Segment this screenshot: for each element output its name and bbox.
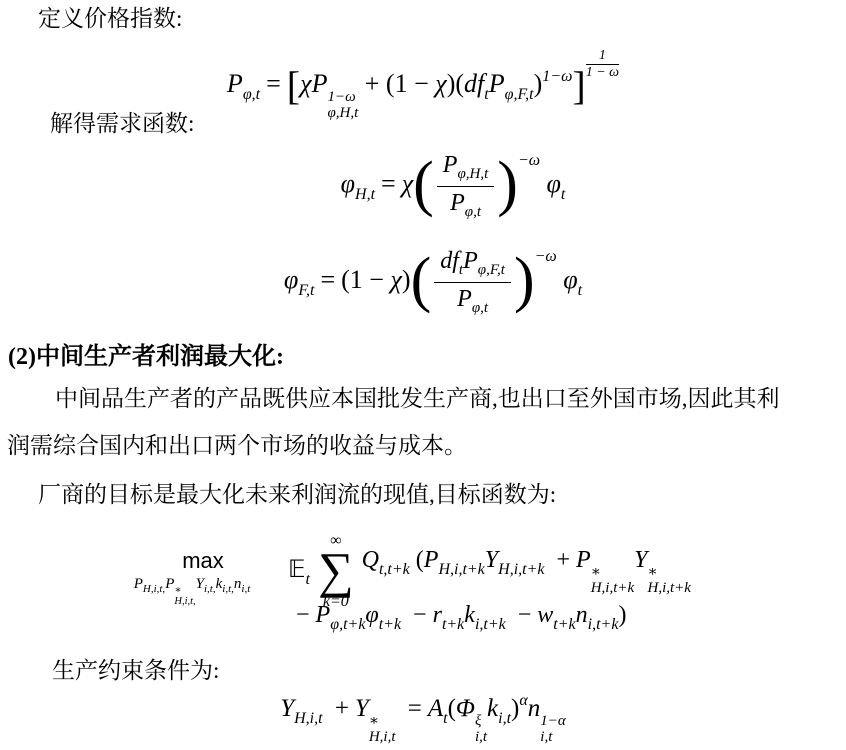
math-token: P — [450, 190, 465, 216]
open-bracket: [ — [287, 63, 300, 108]
math-token: H,i,t+k — [498, 561, 544, 578]
line-solve-demand: 解得需求函数: — [50, 109, 194, 139]
math-token: Y — [355, 695, 369, 722]
formula-profit-maximization: max PH,i,t,P∗H,i,t,Yi,t,ki,t,ni,t 𝔼t ∞ ∑… — [0, 524, 846, 654]
math-token: 1−ω — [327, 90, 358, 106]
math-token: H,i,t — [369, 730, 396, 746]
formula-price-index-body: Pφ,t=[χP1−ωφ,H,t + (1 − χ)(dftPφ,F,t)1−ω… — [227, 69, 619, 98]
paragraph-line-1: 中间品生产者的产品既供应本国批发生产商,也出口至外国市场,因此其利 — [55, 384, 780, 414]
math-token: P — [227, 69, 243, 98]
math-token: − — [518, 602, 532, 628]
math-token: i,t — [498, 710, 511, 727]
fraction: dftPφ,F,tPφ,t — [434, 248, 511, 317]
math-token: ∗H,i,t+k — [591, 565, 634, 597]
math-token: ∗ — [369, 714, 396, 730]
math-token: H,i,t+k — [438, 561, 484, 578]
max-constraints: PH,i,t,P∗H,i,t,Yi,t,ki,t,ni,t — [96, 574, 288, 607]
open-paren: ( — [448, 695, 456, 722]
math-token: 1−α — [540, 714, 566, 730]
formula-demand-foreign: φF,t=(1 − χ)(dftPφ,F,tPφ,t)−ω φt — [0, 248, 846, 338]
math-token: H,i,t — [294, 710, 322, 727]
formula-demand-home-body: φH,t=χ(Pφ,H,tPφ,t)−ω φt — [341, 169, 566, 198]
fraction-numerator: dftPφ,F,t — [434, 248, 511, 283]
math-token: i,t — [241, 583, 250, 595]
math-token: F,t — [298, 282, 314, 299]
math-token: φ,t — [465, 204, 481, 220]
math-token: φ,t — [472, 300, 488, 316]
math-token: t — [561, 186, 565, 203]
formula-demand-home: φH,t=χ(Pφ,H,tPφ,t)−ω φt — [0, 152, 846, 242]
math-token: P — [489, 69, 505, 98]
math-token: φ — [563, 265, 577, 294]
math-token: 1 − ω — [586, 65, 619, 81]
close-paren: ) — [514, 246, 535, 314]
math-token: ∗H,i,t, — [174, 586, 195, 607]
exponent: α — [519, 692, 527, 709]
math-token: ∗ — [648, 565, 691, 581]
math-token: − — [413, 602, 427, 628]
exponent: −ω — [535, 248, 557, 265]
math-token: P — [165, 576, 174, 592]
close-bracket: ] — [572, 63, 585, 108]
math-token: P — [463, 248, 478, 274]
math-token: φ,t+k — [330, 616, 365, 633]
math-token: φ,F,t — [505, 86, 534, 103]
max-operator: max — [96, 548, 288, 574]
open-paren: ( — [413, 150, 434, 218]
document-page: 定义价格指数: Pφ,t=[χP1−ωφ,H,t + (1 − χ)(dftPφ… — [0, 0, 846, 750]
math-token: χ — [300, 69, 311, 98]
math-token: i,t — [540, 730, 566, 746]
math-token: φ — [365, 602, 378, 628]
math-token: n — [528, 695, 541, 722]
sigma-symbol: ∑ — [318, 549, 354, 592]
exponent-fraction: 11 − ω — [586, 48, 619, 81]
math-token: i,t+k — [475, 616, 506, 633]
math-token: H,i,t+k — [648, 581, 691, 597]
math-token: χ — [390, 265, 401, 294]
math-token: P — [576, 547, 591, 573]
section-heading: (2)中间生产者利润最大化: — [8, 341, 284, 373]
math-token: 1−ω — [542, 68, 572, 85]
expectation-operator: 𝔼 — [288, 555, 306, 583]
math-token: P — [316, 602, 331, 628]
math-token: φ — [284, 265, 298, 294]
math-token: ξ — [475, 714, 487, 730]
math-token: Y — [280, 695, 294, 722]
math-token: P — [312, 69, 328, 98]
math-token: df — [464, 69, 484, 98]
math-token: ∗H,i,t — [369, 714, 396, 746]
math-token: ) — [534, 69, 543, 98]
math-token: t — [306, 571, 310, 588]
math-token: 1 — [586, 48, 619, 65]
math-token: r — [433, 602, 442, 628]
math-token: − — [296, 602, 310, 628]
paragraph-line-2: 润需综合国内和出口两个市场的收益与成本。 — [7, 431, 467, 461]
math-token: H,i,t, — [174, 597, 195, 608]
math-token: n — [576, 602, 588, 628]
math-token: φ,t — [243, 86, 260, 103]
objective-line-2: − Pφ,t+kφt+k −rt+kki,t+k −wt+kni,t+k) — [296, 602, 626, 634]
math-token: = — [266, 69, 281, 98]
math-token: i,t, — [204, 583, 216, 595]
math-token: P — [443, 152, 458, 178]
math-token: + (1 − — [365, 69, 429, 98]
math-token: k — [487, 695, 498, 722]
math-token: φ,F,t — [478, 262, 505, 278]
math-token: + — [556, 547, 570, 573]
fraction: Pφ,H,tPφ,t — [437, 152, 494, 221]
open-paren: ( — [411, 246, 432, 314]
math-token: + — [335, 695, 349, 722]
formula-production-constraint-body: YH,i,t +Y∗H,i,t =At(Φξi,tki,t)αn1−αi,t — [280, 695, 566, 722]
math-token: i,t+k — [588, 616, 619, 633]
math-token: 1−ωφ,H,t — [327, 90, 358, 122]
fraction-numerator: Pφ,H,t — [437, 152, 494, 187]
formula-production-constraint: YH,i,t +Y∗H,i,t =At(Φξi,tki,t)αn1−αi,t — [0, 692, 846, 746]
math-token: φ — [547, 169, 561, 198]
line-objective-intro: 厂商的目标是最大化未来利润流的现值,目标函数为: — [38, 480, 556, 510]
math-token: A — [428, 695, 443, 722]
formula-demand-foreign-body: φF,t=(1 − χ)(dftPφ,F,tPφ,t)−ω φt — [284, 265, 582, 294]
math-token: t,t+k — [379, 561, 410, 578]
math-token: φ — [341, 169, 355, 198]
math-token: P — [134, 576, 143, 592]
objective-expression-1: Qt,t+k (PH,i,t+kYH,i,t+k +P∗H,i,t+kY∗H,i… — [362, 547, 691, 597]
line-constraint-intro: 生产约束条件为: — [52, 656, 219, 686]
math-token: t+k — [379, 616, 401, 633]
math-token: Y — [634, 547, 647, 573]
math-token: df — [440, 248, 459, 274]
math-token: Y — [485, 547, 498, 573]
math-token: ∗H,i,t+k — [648, 565, 691, 597]
math-token: Φ — [456, 695, 475, 722]
math-token: Y — [196, 576, 204, 592]
fraction-denominator: Pφ,t — [434, 283, 511, 317]
math-token: Q — [362, 547, 379, 573]
math-token: i,t, — [222, 583, 234, 595]
math-token: = — [408, 695, 422, 722]
line-define-price-index: 定义价格指数: — [38, 4, 182, 34]
math-token: H,i,t, — [143, 583, 165, 595]
open-paren: ( — [416, 547, 424, 573]
math-token: P — [457, 286, 472, 312]
math-token: χ — [435, 69, 446, 98]
math-token: ∗ — [174, 586, 195, 597]
math-token: = — [320, 265, 335, 294]
max-operator-block: max PH,i,t,P∗H,i,t,Yi,t,ki,t,ni,t — [96, 548, 288, 607]
exponent: −ω — [518, 152, 540, 169]
math-token: φ,H,t — [457, 166, 488, 182]
math-token: ξi,t — [475, 714, 487, 746]
math-token: H,t — [355, 186, 375, 203]
math-token: ) — [402, 265, 411, 294]
math-token: t+k — [553, 616, 575, 633]
close-paren: ) — [618, 602, 626, 628]
math-token: k — [464, 602, 475, 628]
math-token: )( — [447, 69, 464, 98]
math-token: t — [578, 282, 582, 299]
summation: ∞ ∑ k=0 — [318, 533, 354, 611]
math-token: (1 − — [341, 265, 384, 294]
math-token: = — [381, 169, 396, 198]
math-token: i,t — [475, 730, 487, 746]
math-token: χ — [402, 169, 413, 198]
close-paren: ) — [497, 150, 518, 218]
math-token: w — [537, 602, 553, 628]
math-token: H,i,t+k — [591, 581, 634, 597]
math-token: ∗ — [591, 565, 634, 581]
math-token: φ,H,t — [327, 106, 358, 122]
math-token: 1−αi,t — [540, 714, 566, 746]
expectation-operator-group: 𝔼t — [288, 555, 310, 589]
math-token: P — [424, 547, 439, 573]
fraction-denominator: Pφ,t — [437, 187, 494, 221]
math-token: t+k — [442, 616, 464, 633]
